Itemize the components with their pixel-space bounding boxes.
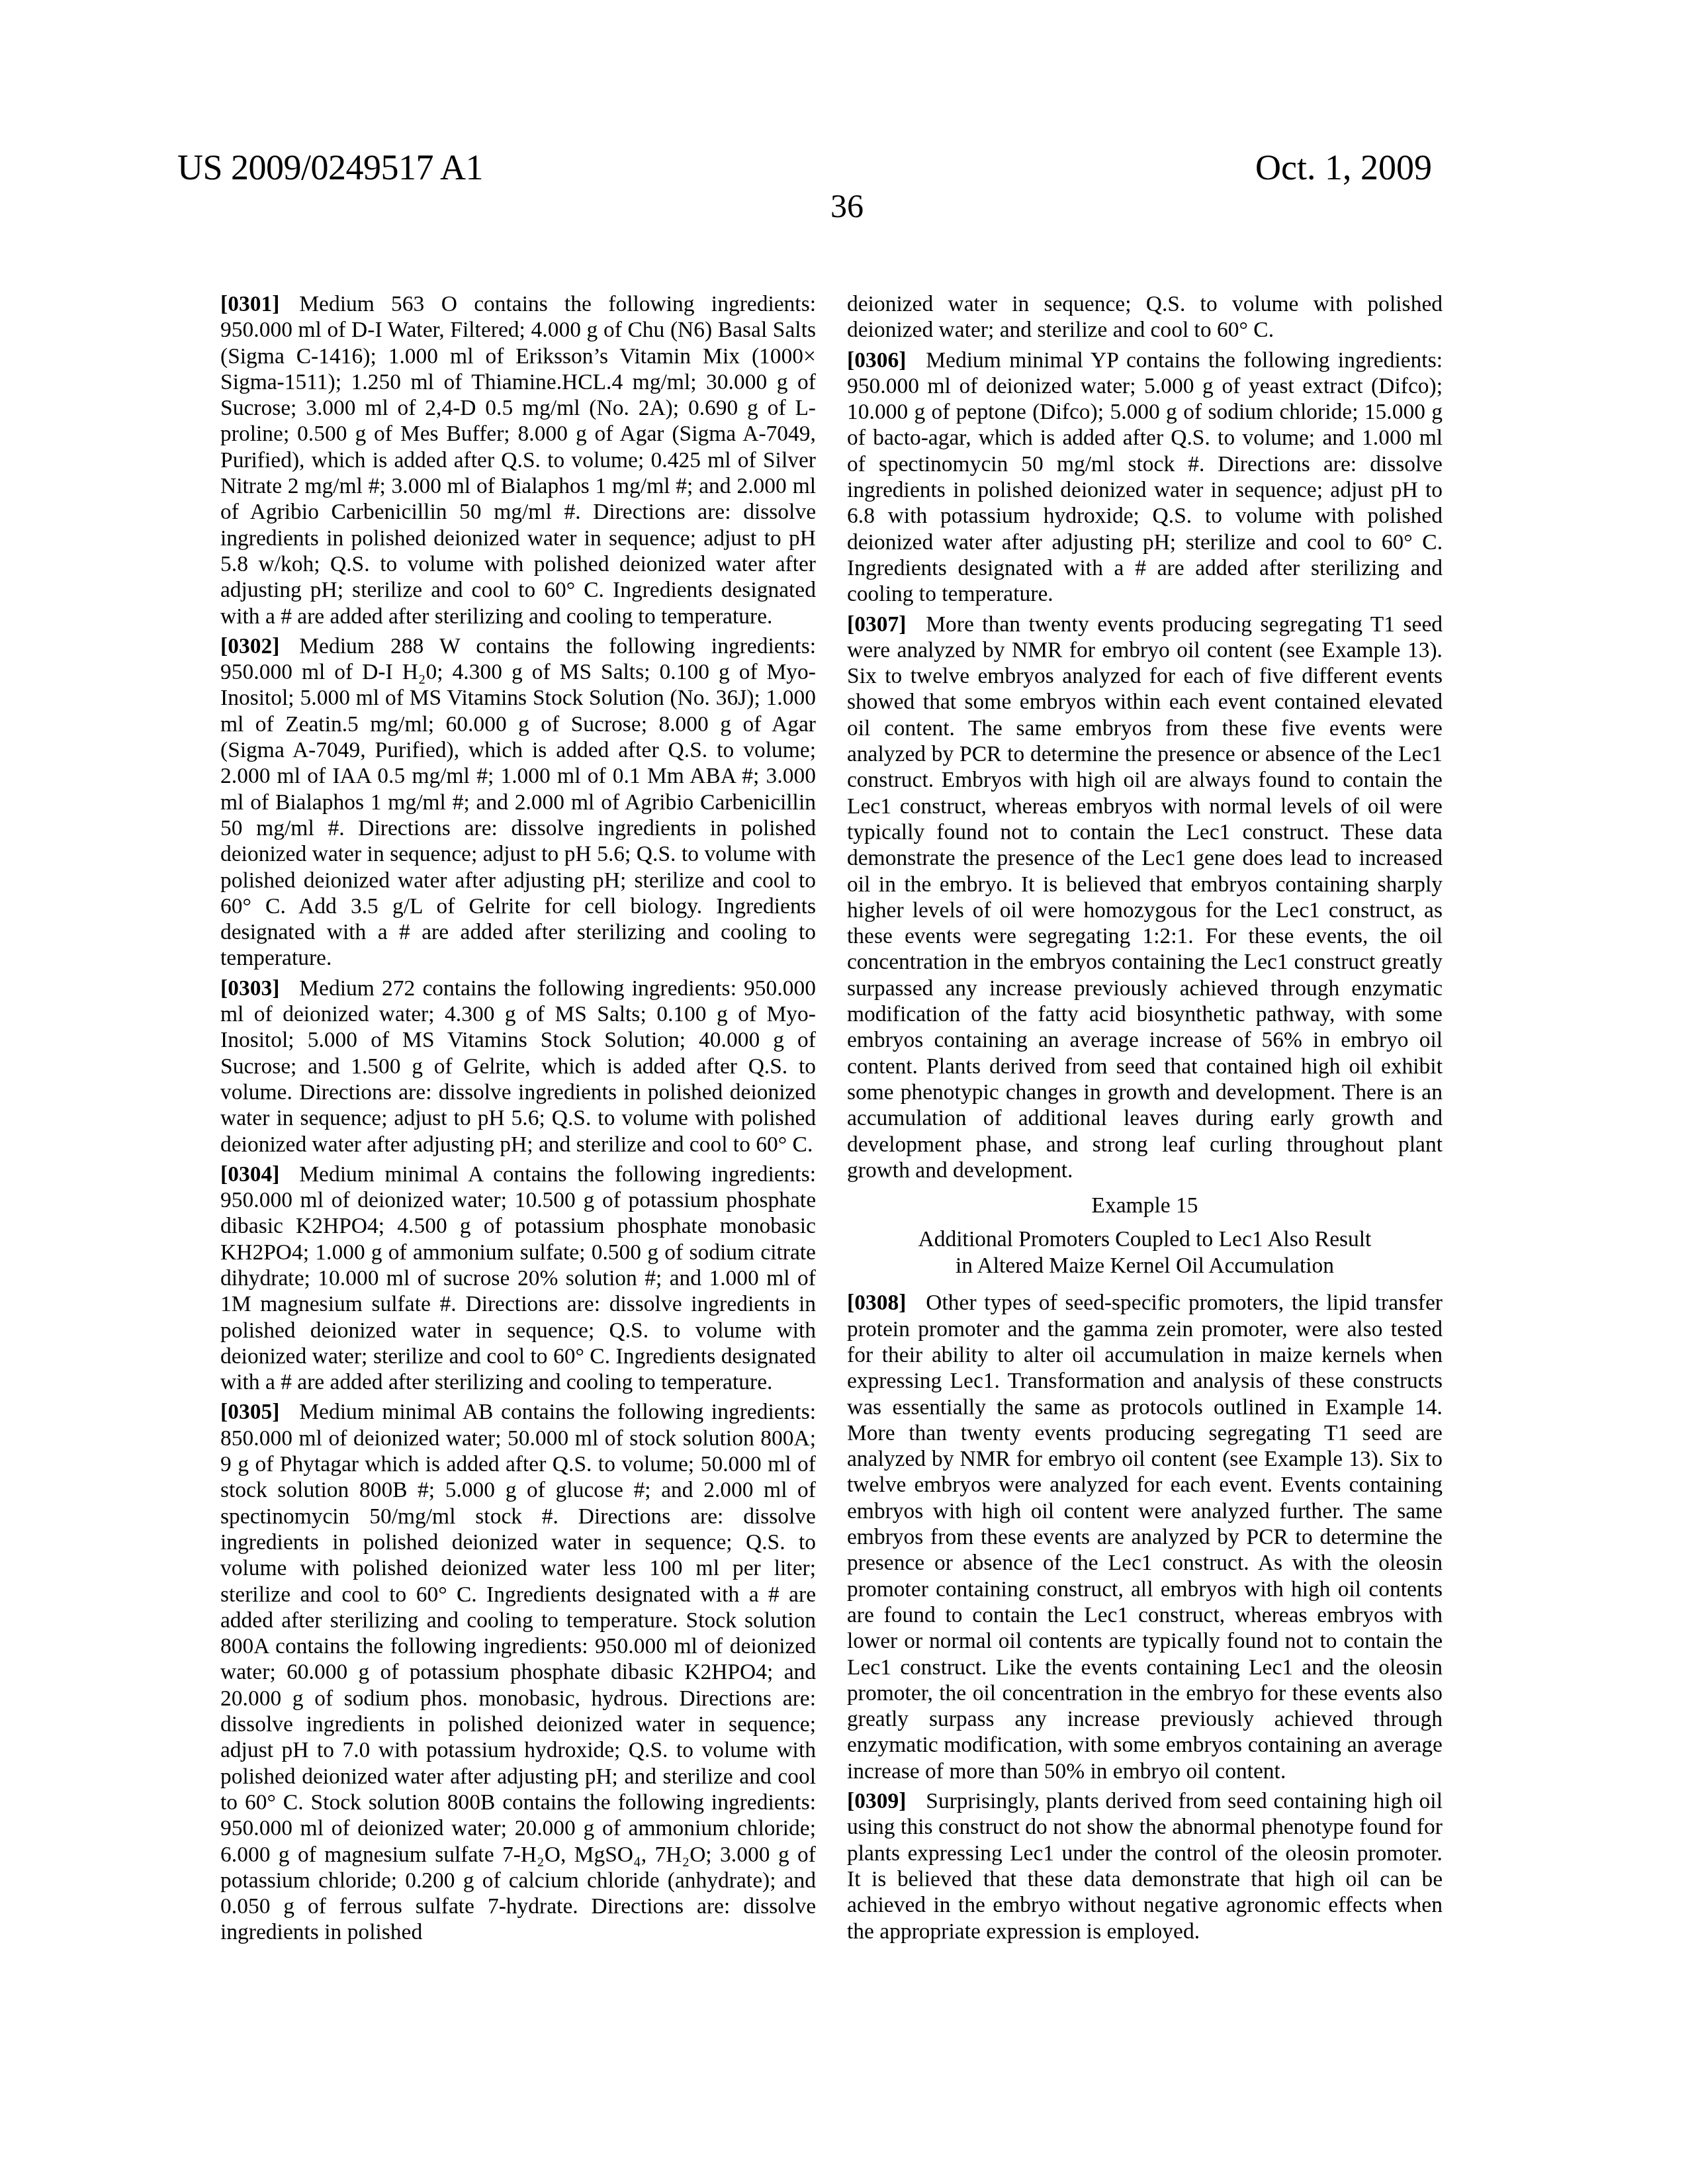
publication-date: Oct. 1, 2009 — [1255, 147, 1432, 188]
paragraph-number: [0305] — [220, 1400, 279, 1424]
paragraph-0302: [0302]Medium 288 W contains the followin… — [220, 633, 816, 972]
example-title-line-1: Additional Promoters Coupled to Lec1 Als… — [847, 1226, 1443, 1253]
page-number: 36 — [0, 187, 1694, 225]
paragraph-0304: [0304]Medium minimal A contains the foll… — [220, 1161, 816, 1396]
paragraph-0301: [0301]Medium 563 O contains the followin… — [220, 291, 816, 629]
paragraph-number: [0307] — [847, 612, 906, 637]
paragraph-number: [0302] — [220, 634, 279, 659]
paragraph-0305: [0305]Medium minimal AB contains the fol… — [220, 1399, 816, 1945]
right-column: deionized water in sequence; Q.S. to vol… — [847, 291, 1443, 1948]
paragraph-0306: [0306]Medium minimal YP contains the fol… — [847, 347, 1443, 608]
paragraph-text: Medium minimal A contains the following … — [220, 1162, 816, 1394]
paragraph-number: [0308] — [847, 1291, 906, 1315]
left-column: [0301]Medium 563 O contains the followin… — [220, 291, 816, 1950]
paragraph-number: [0306] — [847, 348, 906, 373]
paragraph-text: Medium 272 contains the following ingred… — [220, 976, 816, 1157]
publication-number: US 2009/0249517 A1 — [177, 147, 483, 188]
paragraph-text: Surprisingly, plants derived from seed c… — [847, 1789, 1443, 1943]
paragraph-number: [0309] — [847, 1789, 906, 1813]
paragraph-number: [0303] — [220, 976, 279, 1001]
paragraph-number: [0301] — [220, 292, 279, 316]
paragraph-text: Other types of seed-specific promoters, … — [847, 1291, 1443, 1783]
example-heading: Example 15 — [847, 1193, 1443, 1218]
paragraph-number: [0304] — [220, 1162, 279, 1187]
example-title-line-2: in Altered Maize Kernel Oil Accumulation — [847, 1253, 1443, 1279]
paragraph-continuation: deionized water in sequence; Q.S. to vol… — [847, 291, 1443, 343]
paragraph-text: More than twenty events producing segreg… — [847, 612, 1443, 1183]
paragraph-text: Medium minimal AB contains the following… — [220, 1400, 816, 1944]
example-title: Additional Promoters Coupled to Lec1 Als… — [847, 1226, 1443, 1279]
paragraph-text: Medium 288 W contains the following ingr… — [220, 634, 816, 971]
paragraph-text: Medium minimal YP contains the following… — [847, 348, 1443, 607]
paragraph-0307: [0307]More than twenty events producing … — [847, 612, 1443, 1184]
paragraph-text: Medium 563 O contains the following ingr… — [220, 292, 816, 629]
paragraph-0309: [0309]Surprisingly, plants derived from … — [847, 1788, 1443, 1944]
paragraph-0303: [0303]Medium 272 contains the following … — [220, 976, 816, 1158]
paragraph-0308: [0308]Other types of seed-specific promo… — [847, 1290, 1443, 1784]
